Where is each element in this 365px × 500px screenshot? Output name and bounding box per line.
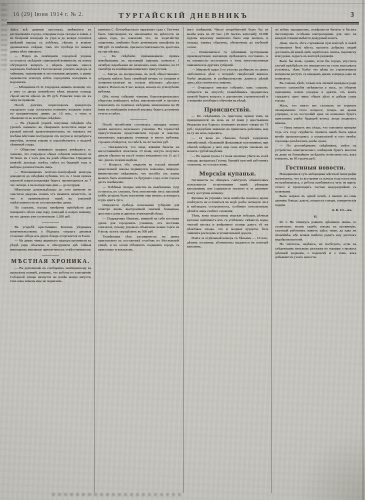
paragraph: Послѣ молебствія состоялась закладка нов… [98, 123, 179, 145]
separator-rule [42, 255, 59, 256]
section-heading: МѢСТНАЯ ХРОНИКА. [10, 260, 91, 264]
paragraph: Въ самомъ дѣлѣ, только изъ личной вражды… [275, 82, 356, 104]
paragraph: Купанье въ утренніе часы наиболѣе полезн… [187, 196, 268, 213]
newspaper-column-2: шеніемъ С.-Петербургскаго окружнаго суда… [94, 27, 182, 493]
paragraph: — Начальникомъ почтово-телеграфной конто… [10, 170, 91, 187]
paragraph: шеніемъ С.-Петербургскаго окружнаго суда… [98, 28, 179, 54]
paragraph: — Къ свѣдѣнію призываемыхъ: пріемъ новоб… [98, 55, 179, 72]
paragraph: Объ этомъ собраніе членовъ благотворител… [98, 95, 179, 117]
paragraph: Нѣкоторые домовладѣльцы до сего времени … [10, 188, 91, 205]
paragraph: Ожидается пріѣздъ начальника губерніи дл… [98, 203, 179, 216]
signature: А. Б. Ст—нъ. [275, 209, 352, 213]
margin-stamp-smudge [1, 4, 7, 70]
page-header: 16 (29) Іюня 1914 г. № 2. ТУРГАЙСКІЙ ДНЕ… [12, 10, 355, 22]
page-number: 3 [351, 11, 355, 19]
section-heading: Морскія купанья. [187, 172, 268, 176]
paragraph: — Хлѣбные склады земства въ нынѣшнемъ го… [98, 185, 179, 202]
paragraph: Дама, шесть лѣтъ служившая при конторѣ и… [275, 42, 356, 59]
paragraph: — Намъ пишутъ изъ уѣзда, что тамошнія яр… [275, 126, 356, 143]
paragraph: — Очередное земское собраніе, какъ слышн… [187, 86, 268, 103]
paragraph: — Вопросъ объ открытіи въ городѣ низшей … [98, 163, 179, 185]
bottom-imprint-smudge [52, 493, 182, 496]
paragraph: — Во время грозы 11 іюня молніею убита в… [187, 154, 268, 167]
newspaper-columns: Здѣсь всѣ душные просторы, имѣвшіеся въ … [7, 27, 359, 493]
paragraph: наго освѣщенія. Число потребителей было … [187, 28, 268, 50]
letter-number: II. [275, 215, 356, 219]
masthead-title: ТУРГАЙСКІЙ ДНЕВНИКЪ [12, 11, 355, 20]
paragraph: — Подрядчикъ Ивановъ, взявшій на себя по… [98, 217, 179, 234]
paragraph: — По свѣдѣніямъ съ пристани, кражи тамъ … [187, 114, 268, 136]
separator-rule [130, 120, 147, 121]
section-heading: Происшествія. [187, 107, 268, 111]
section-heading: Гостиныя новости. [275, 166, 356, 170]
newspaper-column-4: по всѣмъ маршрутамъ, повѣряются билеты и… [271, 27, 359, 493]
paragraph: — Ознакомиться съ здѣшними кустарными пр… [187, 50, 268, 67]
paragraph: По слухамъ, городъ намѣренъ пріобрѣсти д… [10, 206, 91, 219]
paragraph: — Вчера въ помѣщеніи городской управы со… [10, 55, 91, 85]
paragraph: Въ усадьбѣ крестьянина Козлова уѣзднымъ … [10, 226, 91, 239]
paragraph: — Мировой судья 2-го участка разбиралъ н… [187, 68, 268, 85]
paragraph: Здѣсь всѣ душные просторы, имѣвшіеся въ … [10, 28, 91, 54]
paragraph: — На дняхъ чины акцизнаго надзора произв… [10, 239, 91, 252]
paragraph: Послѣ долгихъ переговоровъ арендаторъ го… [10, 103, 91, 120]
scan-top-line [0, 3, 365, 4]
separator-rule [42, 222, 59, 223]
newspaper-column-3: наго освѣщенія. Число потребителей было … [183, 27, 271, 493]
paragraph: Но читатель, надѣюсь, не посѣтуетъ, если… [275, 243, 356, 260]
paragraph: — Общество взаимнаго кредита извѣщаетъ г… [10, 148, 91, 170]
newspaper-column-1: Здѣсь всѣ душные просторы, имѣвшіеся въ … [7, 27, 94, 493]
paragraph: Находившіеся тутъ наборщики мѣстной типо… [275, 172, 356, 194]
paragraph: Было бы жаль, однако, если бы городъ упу… [275, 59, 356, 81]
paragraph: — Въ дополненіе къ сообщенію, помѣщенном… [10, 267, 91, 284]
paragraph: М. г. Не отважусь равнять здѣшнюю жизнь … [275, 220, 356, 242]
paragraph: Тѣмъ, кому недоступны морскія поѣздки, р… [187, 214, 268, 236]
paragraph: Телефонная сѣть расширяется: на дняхъ пр… [98, 235, 179, 252]
header-rule [7, 22, 359, 25]
paragraph: Было жаркое въ одной печкѣ, а вышло на с… [275, 195, 356, 208]
paragraph: Плата за отдѣльный номеръ съ бѣльемъ — 1… [187, 236, 268, 249]
paragraph: Жаль, что никто изъ гласныхъ не поднялъ … [275, 104, 356, 126]
paragraph: — Оказывается, что лица, взявшія билеты … [98, 145, 179, 162]
paragraph: — Завтра, въ воскресенье, въ залѣ общест… [98, 73, 179, 95]
paragraph: — 14 іюня на сѣнномъ базарѣ задержанъ не… [187, 137, 268, 154]
newspaper-page: 16 (29) Іюня 1914 г. № 2. ТУРГАЙСКІЙ ДНЕ… [0, 0, 365, 500]
paragraph: — Въ уѣздной управѣ получены свѣдѣнія об… [10, 121, 91, 147]
paragraph: — По достовѣрнымъ свѣдѣніямъ, смѣта на у… [275, 144, 356, 161]
paragraph: Гигіенисты не обинуясь совѣтуютъ обывате… [187, 178, 268, 195]
paragraph: — Мѣщанинъ П. О. Сидоровъ заявилъ полиці… [10, 86, 91, 103]
paragraph: по всѣмъ маршрутамъ, повѣряются билеты и… [275, 28, 356, 41]
page-edge-shadow [362, 0, 364, 500]
